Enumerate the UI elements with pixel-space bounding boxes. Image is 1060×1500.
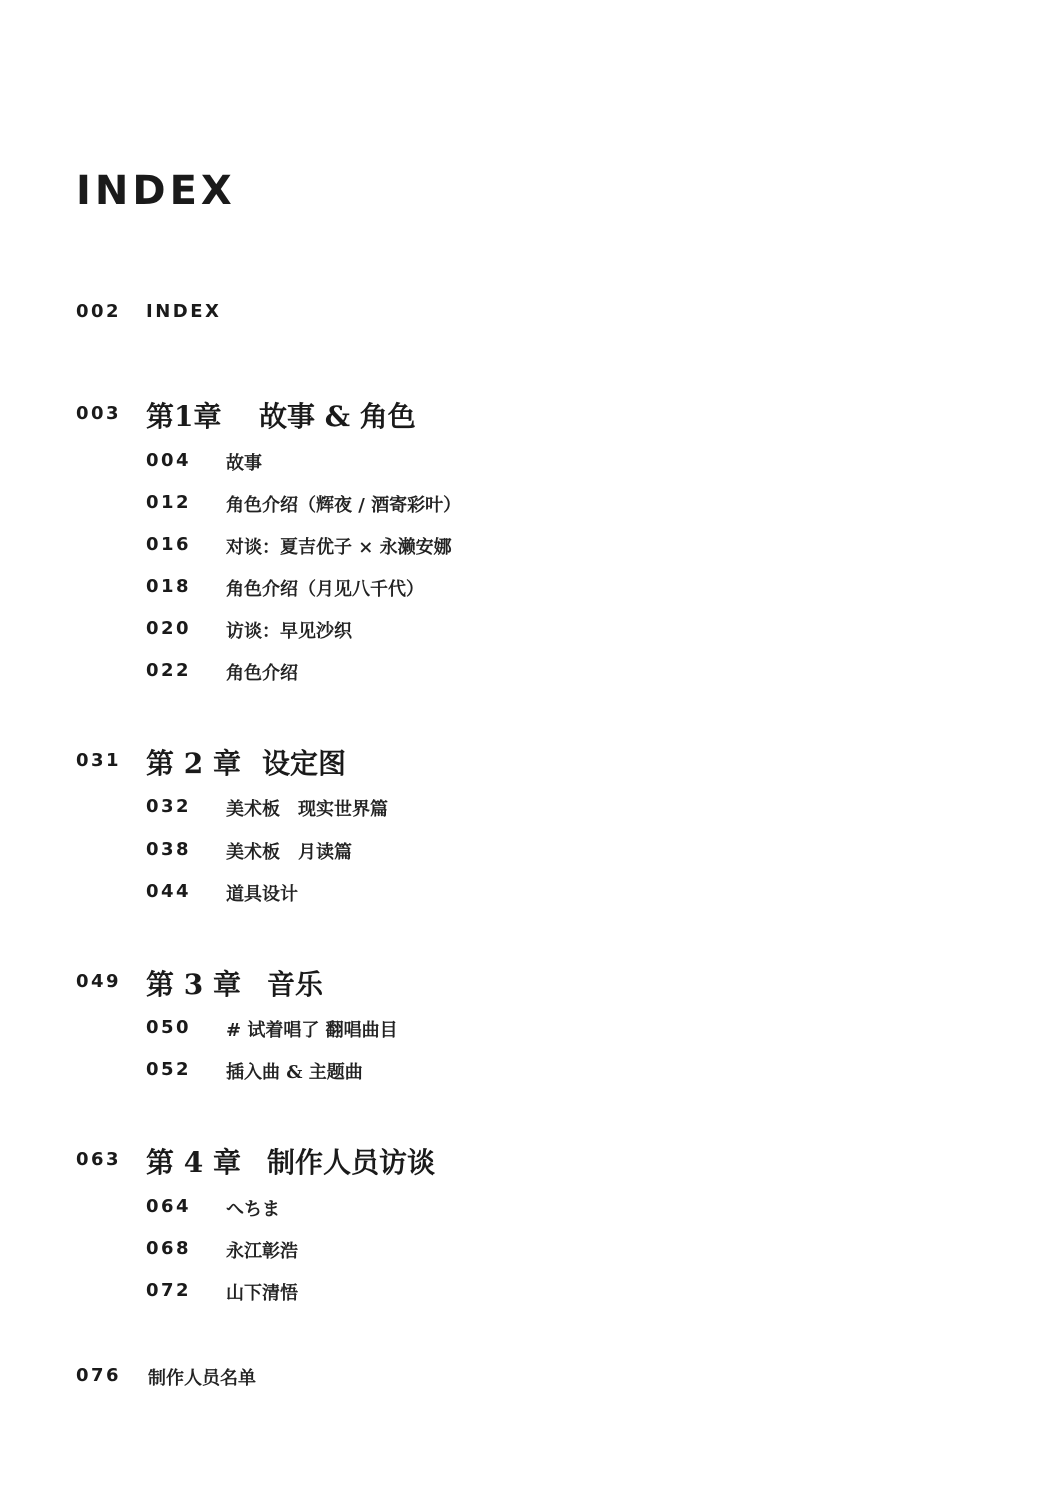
item-label: 角色介绍（月见八千代） [226,575,424,601]
page-number: 049 [76,971,121,992]
page-number: 072 [146,1280,191,1301]
item-label: 对谈：夏吉优子 × 永濑安娜 [226,533,452,559]
page-number: 002 [76,301,121,322]
page-number: 064 [146,1196,191,1217]
page-number: 032 [146,796,191,817]
item-label: 角色介绍（辉夜 / 酒寄彩叶） [226,491,461,517]
page-number: 018 [146,576,191,597]
page-number: 076 [76,1365,121,1386]
item-label: 道具设计 [226,880,298,906]
page-number: 068 [146,1238,191,1259]
page-number: 052 [146,1059,191,1080]
chapter-title: 设定图 [262,742,346,782]
item-label: 访谈：早见沙织 [226,617,352,643]
item-label: 美术板 现实世界篇 [226,795,388,821]
item-label: # 试着唱了 翻唱曲目 [226,1016,398,1042]
page-number: 012 [146,492,191,513]
item-label: 故事 [226,449,262,475]
entry-label: 制作人员名单 [148,1364,256,1390]
chapter-number: 第 3 章 [146,963,241,1003]
page-number: 050 [146,1017,191,1038]
page-number: 004 [146,450,191,471]
page-title: INDEX [76,168,236,214]
page-number: 031 [76,750,121,771]
item-label: 山下清悟 [226,1279,298,1305]
chapter-number: 第 4 章 [146,1141,241,1181]
item-label: 永江彰浩 [226,1237,298,1263]
chapter-number: 第1章 [146,395,221,435]
chapter-title: 制作人员访谈 [267,1141,435,1181]
page-number: 063 [76,1149,121,1170]
page-number: 038 [146,839,191,860]
item-label: 插入曲 & 主题曲 [226,1058,363,1084]
item-label: 角色介绍 [226,659,298,685]
item-label: 美术板 月读篇 [226,838,352,864]
page-number: 020 [146,618,191,639]
page-number: 044 [146,881,191,902]
entry-label: INDEX [146,301,221,322]
chapter-title: 音乐 [267,963,323,1003]
page-number: 016 [146,534,191,555]
page-number: 022 [146,660,191,681]
item-label: へちま [226,1195,280,1221]
page-number: 003 [76,403,121,424]
chapter-number: 第 2 章 [146,742,241,782]
chapter-title: 故事 & 角色 [259,395,416,435]
